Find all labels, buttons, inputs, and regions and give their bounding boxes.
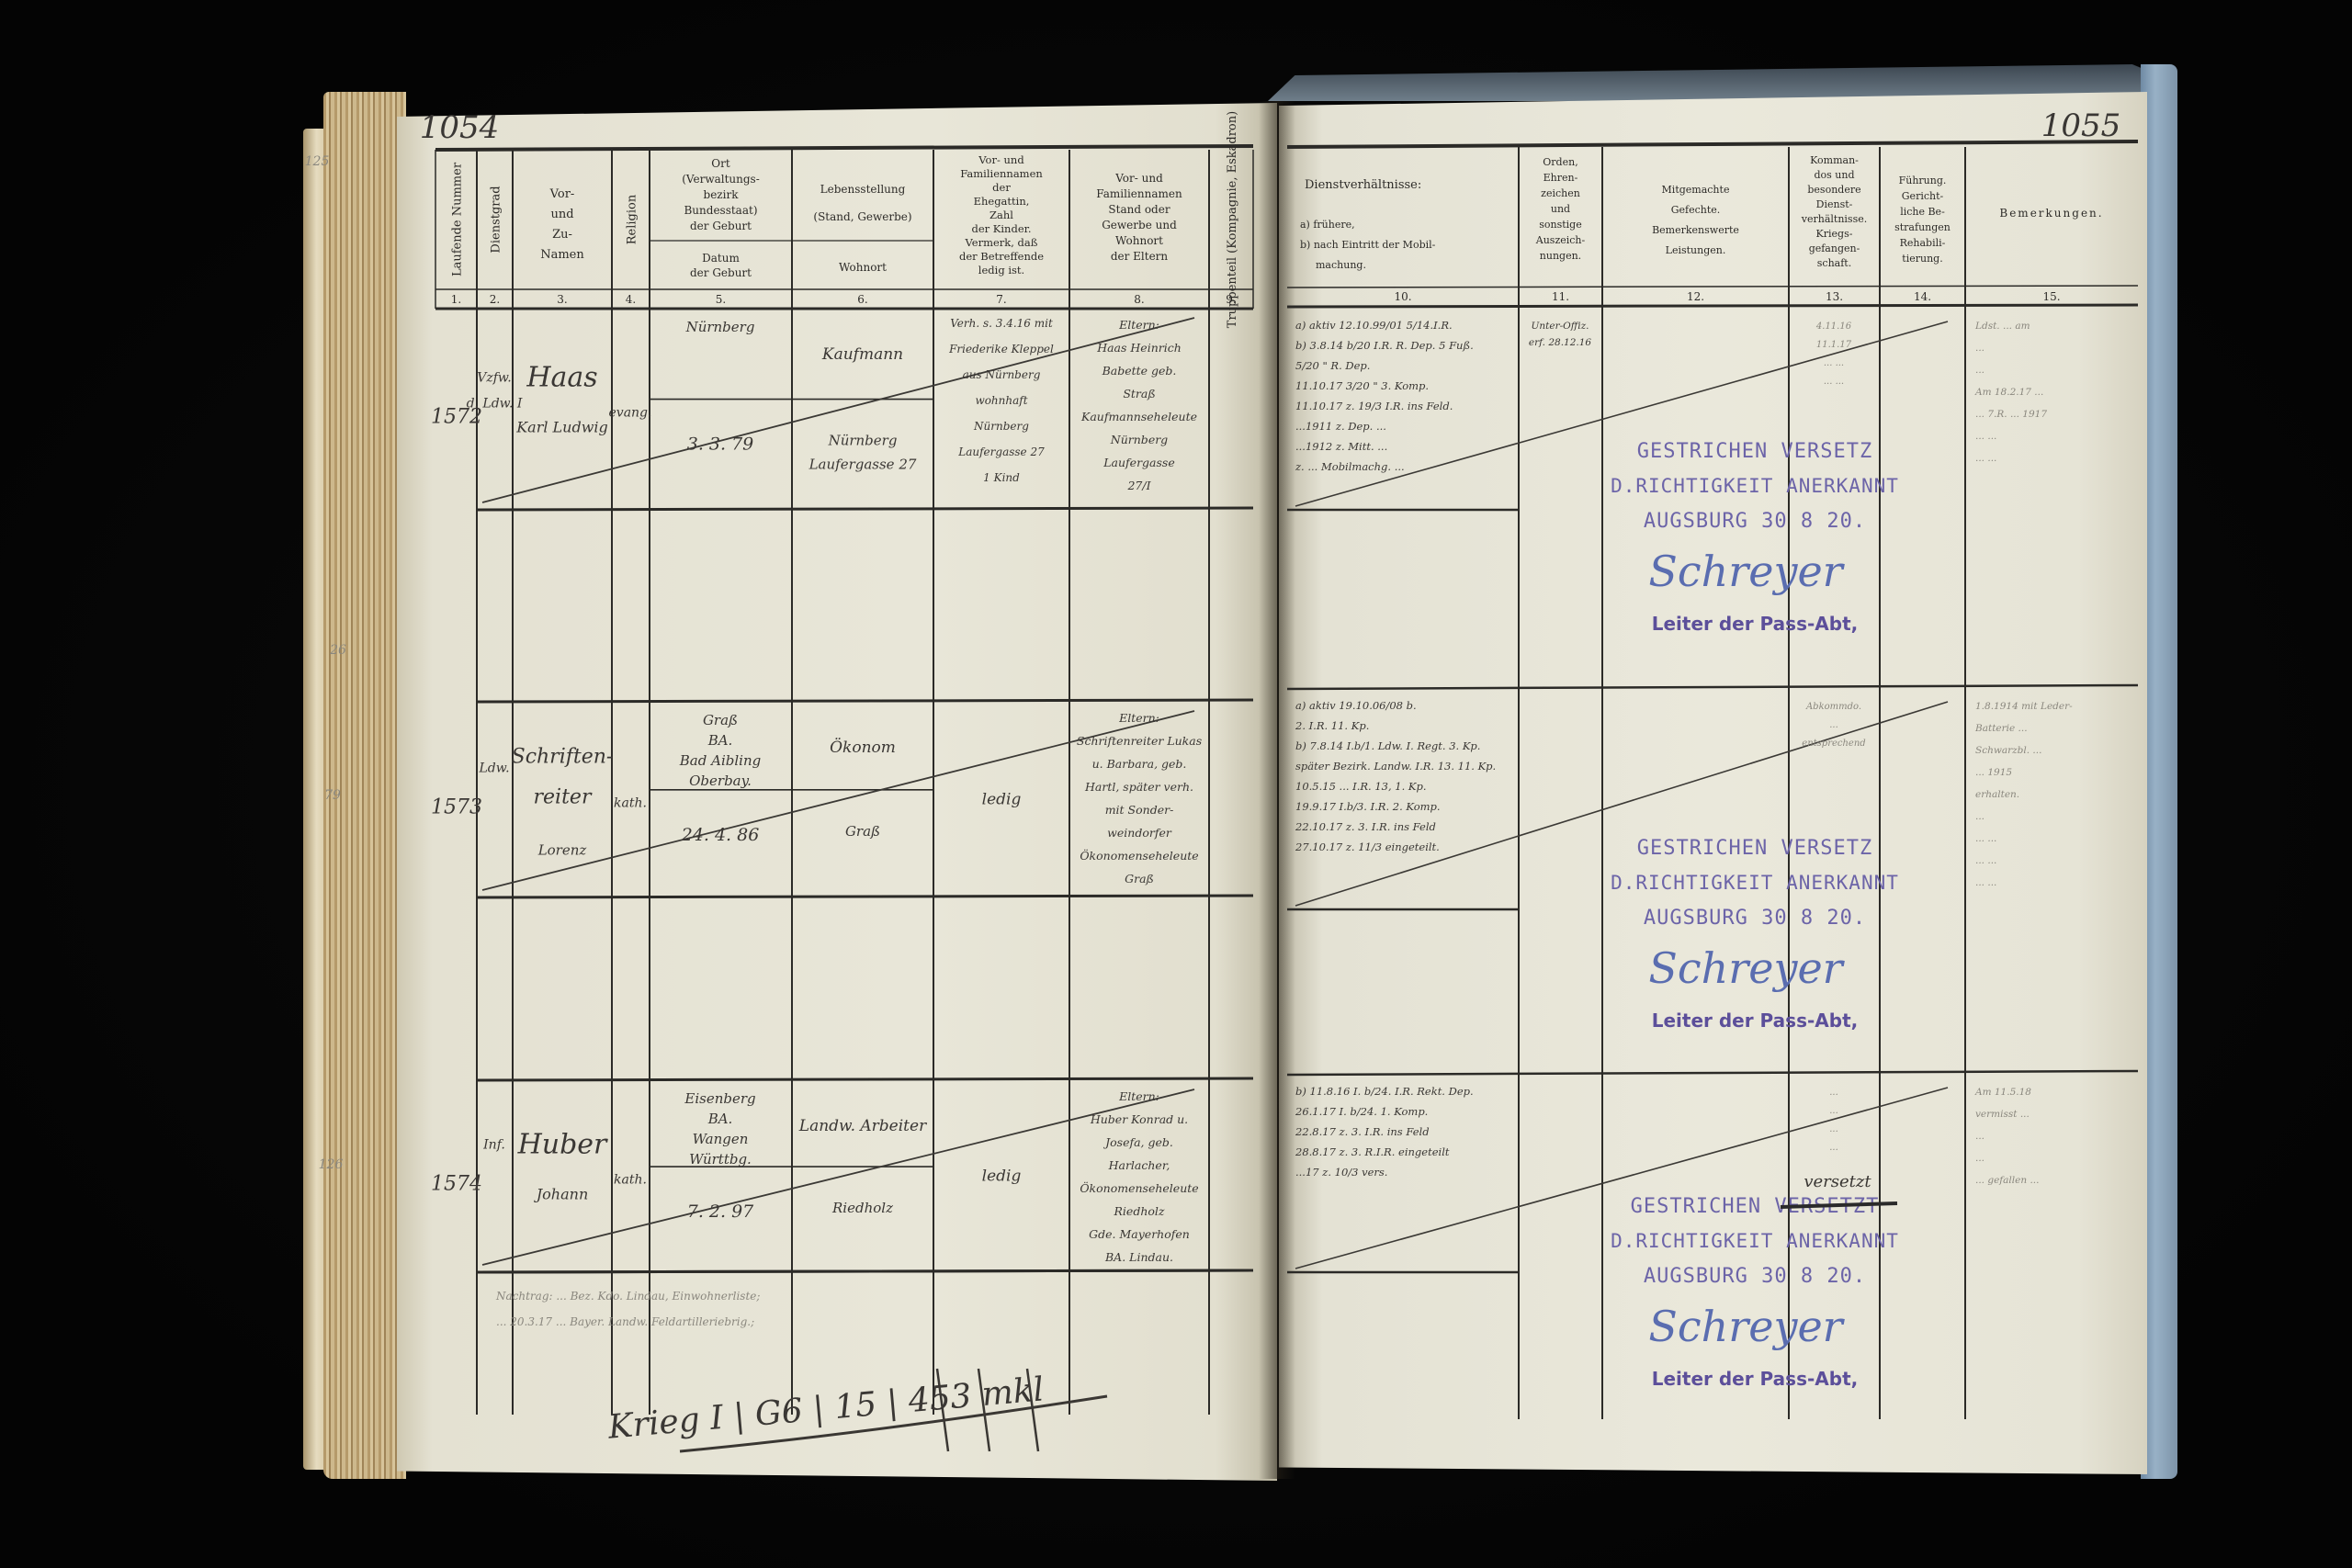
entry-remarks: 1.8.1914 mit Leder- xyxy=(1975,701,2073,712)
column-header: Bemerkenswerte xyxy=(1652,224,1739,236)
column-header: und xyxy=(550,208,573,221)
entry-residence: Riedholz xyxy=(831,1200,893,1216)
entry-service-record: z. ... Mobilmachg. ... xyxy=(1295,460,1405,473)
entry-parents: Haas Heinrich xyxy=(1096,341,1182,355)
column-header: Namen xyxy=(540,248,584,262)
column-subheader: Datum xyxy=(702,252,740,265)
column-header: verhältnisse. xyxy=(1801,213,1867,225)
entry-birthplace: Württbg. xyxy=(689,1151,752,1168)
entry-remarks: ... 7.R. ... 1917 xyxy=(1975,409,2047,420)
entry-religion: kath. xyxy=(614,796,647,811)
column-header-vertical: Laufende Nummer xyxy=(451,162,465,276)
entry-birth-date: 7. 2. 97 xyxy=(687,1201,754,1222)
entry-birthplace: BA. xyxy=(707,732,733,749)
column-header: Rehabili- xyxy=(1900,237,1946,249)
entry-service-record: a) aktiv 19.10.06/08 b. xyxy=(1295,699,1417,712)
entry-parents: Riedholz xyxy=(1114,1204,1165,1218)
column-header: Zahl xyxy=(989,209,1013,221)
entry-birth-date: 24. 4. 86 xyxy=(681,825,760,845)
column-number: 12. xyxy=(1687,290,1704,303)
column-header: a) frühere, xyxy=(1300,219,1355,231)
entry-spouse: Verh. s. 3.4.16 mit xyxy=(950,317,1053,330)
entry-parents: 27/I xyxy=(1126,479,1151,492)
entry-surname: Haas xyxy=(526,362,597,394)
entry-service-record: 5/20 " R. Dep. xyxy=(1295,359,1370,372)
entry-spouse: wohnhaft xyxy=(975,394,1027,407)
column-number: 3. xyxy=(557,293,567,306)
column-header: Gewerbe und xyxy=(1102,219,1177,231)
entry-service-record: 10.5.15 ... I.R. 13, 1. Kp. xyxy=(1295,780,1427,793)
entry-parents: Straß xyxy=(1123,387,1155,400)
column-header: Mitgemachte xyxy=(1662,184,1730,196)
column-number: 14. xyxy=(1914,290,1931,303)
column-header: sonstige xyxy=(1539,219,1582,231)
entry-parents: Ökonomenseheleute xyxy=(1080,848,1198,863)
entry-remarks: Am 11.5.18 xyxy=(1974,1087,2031,1098)
margin-tab-number: 79 xyxy=(324,788,341,803)
entry-parents: Eltern: xyxy=(1118,318,1159,332)
entry-given-names: Karl Ludwig xyxy=(515,419,608,436)
column-number: 9. xyxy=(1226,293,1236,306)
column-header: Vor- und xyxy=(1114,172,1163,185)
column-number: 7. xyxy=(996,293,1006,306)
entry-spouse: Laufergasse 27 xyxy=(957,446,1045,458)
entry-parents: u. Barbara, geb. xyxy=(1092,757,1187,771)
column-number: 10. xyxy=(1394,290,1411,303)
entry-birthplace: Graß xyxy=(703,712,738,728)
column-number: 15. xyxy=(2042,290,2060,303)
entry-service-record: ...1912 z. Mitt. ... xyxy=(1295,440,1387,453)
entry-remarks: ... ... xyxy=(1975,453,1996,464)
entry-commands: 4.11.16 xyxy=(1815,321,1852,332)
page-number-left: 1054 xyxy=(420,109,500,146)
stamp-signature: Schreyer xyxy=(1648,1302,1845,1351)
stamp-date: AUGSBURG 30 8 20. xyxy=(1644,510,1866,533)
rule-line xyxy=(477,896,1253,897)
rule-line xyxy=(1287,286,2138,288)
entry-service-record: 19.9.17 I.b/3. I.R. 2. Komp. xyxy=(1295,800,1441,813)
entry-service-record: ...17 z. 10/3 vers. xyxy=(1295,1166,1387,1179)
entry-remarks: ... xyxy=(1975,811,1984,822)
entry-commands: 11.1.17 xyxy=(1816,340,1852,350)
column-header: Kriegs- xyxy=(1816,228,1853,240)
column-header-vertical: Religion xyxy=(626,194,639,244)
column-header: der Geburt xyxy=(690,220,752,232)
entry-remarks: ... gefallen ... xyxy=(1975,1175,2039,1186)
entry-remarks: Am 18.2.17 ... xyxy=(1974,387,2043,398)
entry-spouse: aus Nürnberg xyxy=(963,368,1041,381)
rule-line xyxy=(477,1270,1253,1272)
column-header: der Betreffende xyxy=(959,250,1044,263)
column-header: liche Be- xyxy=(1900,206,1945,218)
entry-service-record: 11.10.17 3/20 " 3. Komp. xyxy=(1295,379,1429,392)
entry-service-record: später Bezirk. Landw. I.R. 13. 11. Kp. xyxy=(1295,760,1496,773)
entry-service-record: ...1911 z. Dep. ... xyxy=(1295,420,1386,433)
column-header: Lebensstellung xyxy=(820,183,906,196)
column-header: (Stand, Gewerbe) xyxy=(813,210,911,223)
column-subheader: Wohnort xyxy=(839,261,887,274)
entry-parents: weindorfer xyxy=(1107,826,1172,840)
column-number: 5. xyxy=(716,293,726,306)
column-header: Zu- xyxy=(552,228,572,242)
document-scan: 10541055Laufende NummerDienstgradReligio… xyxy=(0,0,2352,1568)
entry-remarks: ... xyxy=(1975,365,1984,376)
column-header: Gericht- xyxy=(1902,190,1944,202)
entry-spouse: 1 Kind xyxy=(983,471,1020,484)
ledger-grid: 10541055Laufende NummerDienstgradReligio… xyxy=(0,0,2352,1568)
entry-parents: Harlacher, xyxy=(1108,1158,1170,1172)
column-header: Vor- und xyxy=(978,153,1024,166)
entry-commands: ... xyxy=(1829,1106,1838,1116)
entry-parents: Babette geb. xyxy=(1102,364,1177,378)
column-header: dos und xyxy=(1814,169,1854,181)
column-header: nungen. xyxy=(1540,250,1581,262)
column-header: Leistungen. xyxy=(1666,244,1726,256)
entry-birthplace: Bad Aibling xyxy=(679,752,761,769)
entry-parents: Huber Konrad u. xyxy=(1090,1112,1188,1126)
entry-surname: Schriften- xyxy=(512,746,614,769)
column-header: Vor- xyxy=(549,187,575,201)
stamp-line: D.RICHTIGKEIT ANERKANNT xyxy=(1611,1230,1899,1252)
entry-rank: Ldw. xyxy=(478,761,509,776)
entry-service-record: b) 11.8.16 I. b/24. I.R. Rekt. Dep. xyxy=(1295,1085,1474,1098)
column-header: strafungen xyxy=(1894,221,1951,233)
column-header: Ehren- xyxy=(1543,172,1578,184)
stamp-title: Leiter der Pass-Abt, xyxy=(1652,1010,1859,1032)
entry-parents: Ökonomenseheleute xyxy=(1080,1180,1198,1195)
column-number: 13. xyxy=(1826,290,1843,303)
column-header: Komman- xyxy=(1810,154,1859,166)
column-header: Wohnort xyxy=(1115,234,1163,247)
stamp-line: GESTRICHEN VERSETZ xyxy=(1637,837,1872,860)
entry-rank: Inf. xyxy=(482,1138,505,1153)
column-header: Führung. xyxy=(1899,175,1947,186)
entry-remarks: Ldst. ... am xyxy=(1974,321,2030,332)
entry-parents: Nürnberg xyxy=(1110,433,1168,446)
entry-given-names: Lorenz xyxy=(537,842,587,859)
entry-service-record: b) 7.8.14 I.b/1. Ldw. I. Regt. 3. Kp. xyxy=(1295,739,1480,752)
entry-commands: ... xyxy=(1829,1088,1838,1098)
entry-parents: Kaufmannseheleute xyxy=(1080,410,1197,423)
entry-remarks: ... 1915 xyxy=(1975,767,2012,778)
entry-commands: ... xyxy=(1829,720,1838,730)
entry-commands: ... xyxy=(1829,1124,1838,1134)
column-header: Orden, xyxy=(1543,156,1577,168)
stamp-date: AUGSBURG 30 8 20. xyxy=(1644,1265,1866,1288)
entry-commands: entsprechend xyxy=(1802,739,1865,749)
entry-commands: ... xyxy=(1829,1143,1838,1153)
entry-occupation: Landw. Arbeiter xyxy=(798,1117,927,1135)
entry-surname: Huber xyxy=(517,1129,608,1161)
entry-commands: Abkommdo. xyxy=(1805,702,1861,712)
column-header: zeichen xyxy=(1541,187,1580,199)
column-subheader: der Geburt xyxy=(690,266,752,279)
margin-tab-number: 26 xyxy=(329,643,346,658)
entry-service-record: 27.10.17 z. 11/3 eingeteilt. xyxy=(1295,840,1440,853)
column-header: Vermerk, daß xyxy=(965,236,1038,249)
column-number: 1. xyxy=(451,293,461,306)
rule-line xyxy=(435,146,1253,150)
stamp-title: Leiter der Pass-Abt, xyxy=(1652,613,1859,635)
entry-service-record: 22.8.17 z. 3. I.R. ins Feld xyxy=(1295,1125,1430,1138)
footnote-faint: ... 20.3.17 ... Bayer. Landw. Feldartill… xyxy=(496,1315,754,1328)
entry-remarks: ... xyxy=(1975,343,1984,354)
entry-occupation: Ökonom xyxy=(830,738,896,757)
entry-rank: Vzfw. xyxy=(477,371,511,386)
entry-spouse: Nürnberg xyxy=(973,420,1029,433)
entry-parents: Eltern: xyxy=(1118,711,1159,725)
entry-service-record: a) aktiv 12.10.99/01 5/14.I.R. xyxy=(1295,319,1453,332)
entry-service-record: b) 3.8.14 b/20 I.R. R. Dep. 5 Fuß. xyxy=(1295,339,1474,352)
column-header: Dienstverhältnisse: xyxy=(1305,178,1421,192)
margin-tab-number: 125 xyxy=(305,154,330,169)
rule-line xyxy=(1287,305,2138,307)
stamp-signature: Schreyer xyxy=(1648,547,1845,596)
column-header: der xyxy=(992,181,1011,194)
stamp-line: GESTRICHEN VERSETZ xyxy=(1637,440,1872,463)
entry-religion: kath. xyxy=(614,1173,647,1188)
entry-parents: Graß xyxy=(1125,872,1154,886)
entry-birthplace: Nürnberg xyxy=(685,319,755,335)
entry-number: 1574 xyxy=(431,1173,482,1196)
entry-remarks: Schwarzbl. ... xyxy=(1975,745,2041,756)
page-number-right: 1055 xyxy=(2041,107,2121,144)
entry-service-record: 28.8.17 z. 3. R.I.R. eingeteilt xyxy=(1295,1145,1450,1158)
correction-note: versetzt xyxy=(1804,1172,1871,1191)
entry-residence: Graß xyxy=(845,823,880,840)
entry-remarks: ... ... xyxy=(1975,855,1996,866)
entry-occupation: Kaufmann xyxy=(821,345,903,364)
stamp-line: D.RICHTIGKEIT ANERKANNT xyxy=(1611,475,1899,497)
rule-line xyxy=(477,700,1253,702)
entry-religion: evang. xyxy=(609,406,652,421)
entry-remarks: ... xyxy=(1975,1131,1984,1142)
entry-spouse: Friederike Kleppel xyxy=(948,343,1054,355)
entry-number: 1573 xyxy=(431,796,482,819)
entry-service-record: 26.1.17 I. b/24. 1. Komp. xyxy=(1295,1105,1428,1118)
column-header: ledig ist. xyxy=(978,264,1024,276)
column-header: machung. xyxy=(1316,259,1366,271)
column-header: Familiennamen xyxy=(960,167,1043,180)
entry-service-record: 22.10.17 z. 3. I.R. ins Feld xyxy=(1295,820,1436,833)
column-header: Gefechte. xyxy=(1671,204,1721,216)
entry-birthplace: Wangen xyxy=(693,1131,749,1147)
strikeout-diagonal xyxy=(482,1089,1194,1265)
column-number: 6. xyxy=(857,293,867,306)
entry-spouse: ledig xyxy=(982,791,1022,809)
column-header: besondere xyxy=(1807,184,1860,196)
column-number: 2. xyxy=(490,293,500,306)
entry-residence: Nürnberg xyxy=(828,433,898,449)
entry-birthplace: Eisenberg xyxy=(684,1090,755,1107)
column-header: der Eltern xyxy=(1111,250,1169,263)
entry-service-record: 2. I.R. 11. Kp. xyxy=(1295,719,1369,732)
entry-remarks: ... ... xyxy=(1975,431,1996,442)
stamp-date: AUGSBURG 30 8 20. xyxy=(1644,907,1866,930)
column-number: 4. xyxy=(626,293,636,306)
column-header: Bundesstaat) xyxy=(684,204,757,217)
entry-remarks: ... ... xyxy=(1975,877,1996,888)
entry-remarks: ... xyxy=(1975,1153,1984,1164)
column-header: b) nach Eintritt der Mobil- xyxy=(1300,239,1436,251)
entry-parents: Schriftenreiter Lukas xyxy=(1077,734,1202,748)
rule-line xyxy=(1287,1071,2138,1075)
entry-spouse: ledig xyxy=(982,1168,1022,1186)
column-header: (Verwaltungs- xyxy=(682,173,760,186)
entry-rank: d. Ldw. I xyxy=(467,397,523,412)
column-header: bezirk xyxy=(704,188,740,201)
entry-decorations: Unter-Offiz. xyxy=(1532,321,1589,332)
column-header: Ort xyxy=(711,157,730,170)
rule-line xyxy=(1287,141,2138,147)
entry-decorations: erf. 28.12.16 xyxy=(1529,337,1591,348)
entry-remarks: vermisst ... xyxy=(1975,1109,2030,1120)
entry-parents: Josefa, geb. xyxy=(1102,1135,1173,1149)
entry-given-names: Johann xyxy=(534,1186,589,1203)
stamp-line: D.RICHTIGKEIT ANERKANNT xyxy=(1611,872,1899,894)
margin-tab-number: 126 xyxy=(319,1157,344,1172)
entry-remarks: ... ... xyxy=(1975,833,1996,844)
entry-surname: reiter xyxy=(534,786,593,809)
entry-commands: ... ... xyxy=(1824,377,1844,387)
column-header: Ehegattin, xyxy=(974,195,1030,208)
stamp-title: Leiter der Pass-Abt, xyxy=(1652,1368,1859,1390)
rule-line xyxy=(1287,685,2138,689)
column-header: schaft. xyxy=(1817,257,1851,269)
stamp-signature: Schreyer xyxy=(1648,943,1845,993)
rule-line xyxy=(477,508,1253,510)
footnote-faint: Nachtrag: ... Bez. Kdo. Lindau, Einwohne… xyxy=(495,1290,760,1303)
column-number: 11. xyxy=(1552,290,1569,303)
entry-parents: Eltern: xyxy=(1118,1089,1159,1103)
column-header: und xyxy=(1551,203,1570,215)
column-header: Auszeich- xyxy=(1535,234,1586,246)
entry-parents: Laufergasse xyxy=(1102,456,1174,469)
entry-remarks: erhalten. xyxy=(1975,789,2019,800)
column-header: der Kinder. xyxy=(971,222,1031,235)
entry-parents: mit Sonder- xyxy=(1105,803,1174,817)
column-header: tierung. xyxy=(1902,253,1942,265)
column-header: Stand oder xyxy=(1108,203,1170,216)
column-header: gefangen- xyxy=(1809,243,1860,254)
entry-birthplace: Oberbay. xyxy=(689,773,752,789)
entry-residence: Laufergasse 27 xyxy=(808,457,917,473)
entry-parents: Gde. Mayerhofen xyxy=(1089,1227,1190,1241)
rule-line xyxy=(477,1078,1253,1080)
column-header: Dienst- xyxy=(1816,198,1853,210)
column-header-vertical: Dienstgrad xyxy=(490,186,503,253)
entry-commands: ... ... xyxy=(1824,358,1844,368)
column-header: Bemerkungen. xyxy=(1999,207,2103,220)
entry-service-record: 11.10.17 z. 19/3 I.R. ins Feld. xyxy=(1295,400,1453,412)
column-header: Familiennamen xyxy=(1096,187,1182,200)
entry-birth-date: 3. 3. 79 xyxy=(687,434,754,455)
entry-remarks: Batterie ... xyxy=(1974,723,2028,734)
entry-parents: BA. Lindau. xyxy=(1104,1250,1173,1264)
entry-birthplace: BA. xyxy=(707,1111,733,1127)
column-number: 8. xyxy=(1134,293,1144,306)
entry-parents: Hartl, später verh. xyxy=(1084,780,1193,794)
